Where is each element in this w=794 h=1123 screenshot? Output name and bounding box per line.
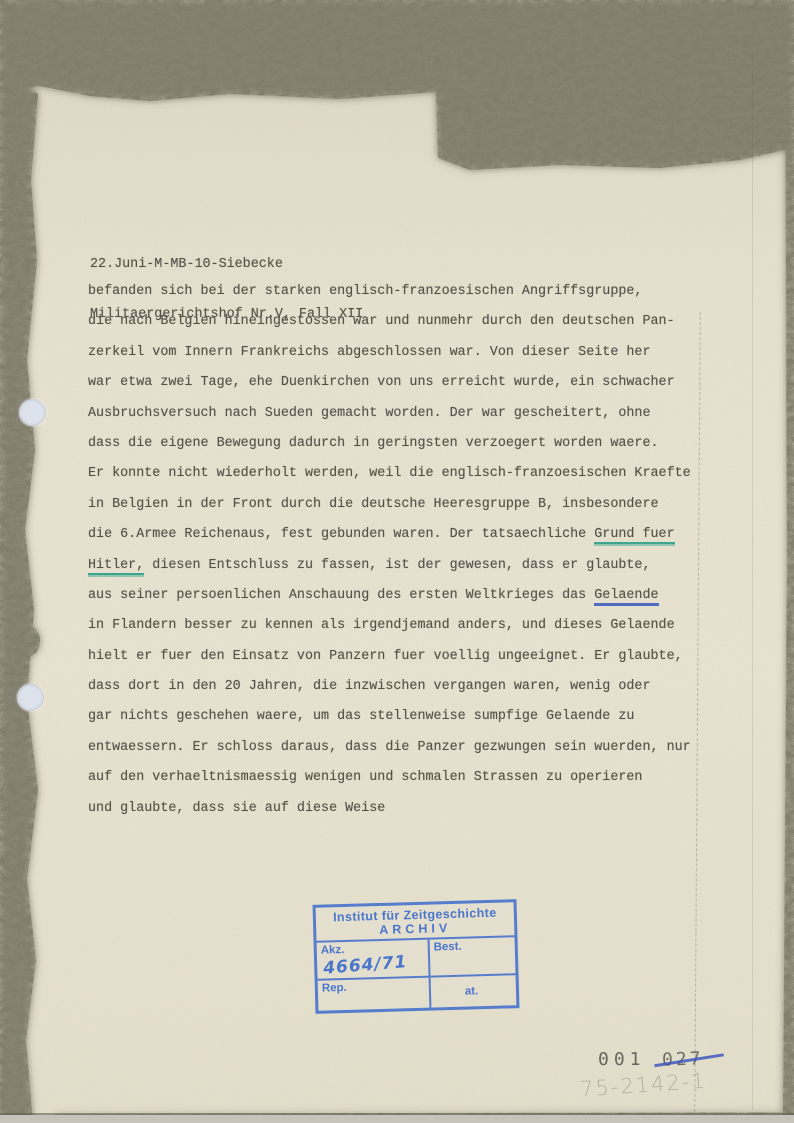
typed-text: befanden sich bei der starken englisch-f… xyxy=(88,284,642,299)
typed-line: Hitler, diesen Entschluss zu fassen, ist… xyxy=(88,551,728,581)
punch-hole xyxy=(17,684,44,711)
typed-line: dass dort in den 20 Jahren, die inzwisch… xyxy=(88,672,728,702)
stamp-rep-label: Rep. xyxy=(322,982,347,995)
typed-line: und glaubte, dass sie auf diese Weise xyxy=(88,794,728,824)
page-number-stamp: 001 xyxy=(598,1049,646,1070)
stamp-cell-rep: Rep. xyxy=(318,978,432,1011)
typed-text: entwaessern. Er schloss daraus, dass die… xyxy=(88,740,691,755)
typed-line: die nach Belgien hineingestossen war und… xyxy=(88,307,728,337)
typed-text: hielt er fuer den Einsatz von Panzern fu… xyxy=(88,649,683,664)
pencil-reference-number: 75-2142-1 xyxy=(579,1069,707,1102)
typed-line: Er konnte nicht wiederholt werden, weil … xyxy=(88,459,728,489)
typed-text: in Belgien in der Front durch die deutsc… xyxy=(88,497,659,512)
stamp-header: Institut für Zeitgeschichte ARCHIV xyxy=(316,902,515,943)
typed-line: entwaessern. Er schloss daraus, dass die… xyxy=(88,733,728,763)
stamp-best-label: Best. xyxy=(433,941,461,954)
typed-line: in Flandern besser zu kennen als irgendj… xyxy=(88,611,728,641)
typed-line: hielt er fuer den Einsatz von Panzern fu… xyxy=(88,642,728,672)
stamp-cell-best: Best. xyxy=(429,937,515,977)
typed-line: die 6.Armee Reichenaus, fest gebunden wa… xyxy=(88,520,728,550)
old-page-number-struck: 027 xyxy=(662,1048,704,1070)
stamp-akz-label: Akz. xyxy=(321,944,345,957)
typed-line: gar nichts geschehen waere, um das stell… xyxy=(88,702,728,732)
blue-underlined-text: Gelaende xyxy=(594,588,658,603)
document-body: befanden sich bei der starken englisch-f… xyxy=(88,277,728,824)
typed-text: die 6.Armee Reichenaus, fest gebunden wa… xyxy=(88,527,594,542)
typed-text: Ausbruchsversuch nach Sueden gemacht wor… xyxy=(88,406,651,421)
typed-text: gar nichts geschehen waere, um das stell… xyxy=(88,709,634,724)
stamp-cell-bl: at. xyxy=(430,975,516,1007)
header-reference-line: 22.Juni-M-MB-10-Siebecke xyxy=(90,257,650,274)
typed-text: dass die eigene Bewegung dadurch in geri… xyxy=(88,436,659,451)
typed-line: in Belgien in der Front durch die deutsc… xyxy=(88,490,728,520)
typed-text: Er konnte nicht wiederholt werden, weil … xyxy=(88,466,691,481)
typed-line: auf den verhaeltnismaessig wenigen und s… xyxy=(88,763,728,793)
green-underlined-text: Hitler, xyxy=(88,558,144,573)
typed-text: war etwa zwei Tage, ehe Duenkirchen von … xyxy=(88,375,675,390)
typed-line: befanden sich bei der starken englisch-f… xyxy=(88,277,728,307)
stamp-bl-label: at. xyxy=(465,985,479,997)
typed-text: in Flandern besser zu kennen als irgendj… xyxy=(88,618,675,633)
typed-line: aus seiner persoenlichen Anschauung des … xyxy=(88,581,728,611)
typed-line: war etwa zwei Tage, ehe Duenkirchen von … xyxy=(88,368,728,398)
document-scan-page: 22.Juni-M-MB-10-Siebecke Militaergericht… xyxy=(0,0,794,1123)
stamp-cell-akz: Akz. 4664/71 xyxy=(317,940,431,981)
typed-text: diesen Entschluss zu fassen, ist der gew… xyxy=(144,558,650,573)
scan-bottom-strip xyxy=(0,1115,794,1123)
stamp-table: Akz. 4664/71 Best. Rep. at. xyxy=(317,937,517,1011)
typed-text: aus seiner persoenlichen Anschauung des … xyxy=(88,588,594,603)
typed-line: Ausbruchsversuch nach Sueden gemacht wor… xyxy=(88,399,728,429)
punch-hole xyxy=(19,399,46,426)
typed-text: auf den verhaeltnismaessig wenigen und s… xyxy=(88,770,642,785)
typed-text: dass dort in den 20 Jahren, die inzwisch… xyxy=(88,679,651,694)
typed-text: zerkeil vom Innern Frankreichs abgeschlo… xyxy=(88,345,651,360)
typed-text: die nach Belgien hineingestossen war und… xyxy=(88,314,675,329)
green-underlined-text: Grund fuer xyxy=(594,527,674,542)
stamp-akz-handwritten-value: 4664/71 xyxy=(323,952,409,979)
typed-line: dass die eigene Bewegung dadurch in geri… xyxy=(88,429,728,459)
typed-line: zerkeil vom Innern Frankreichs abgeschlo… xyxy=(88,338,728,368)
typed-text: und glaubte, dass sie auf diese Weise xyxy=(88,801,385,816)
archive-stamp: Institut für Zeitgeschichte ARCHIV Akz. … xyxy=(313,899,520,1014)
sheet-edge-line xyxy=(752,55,753,1110)
